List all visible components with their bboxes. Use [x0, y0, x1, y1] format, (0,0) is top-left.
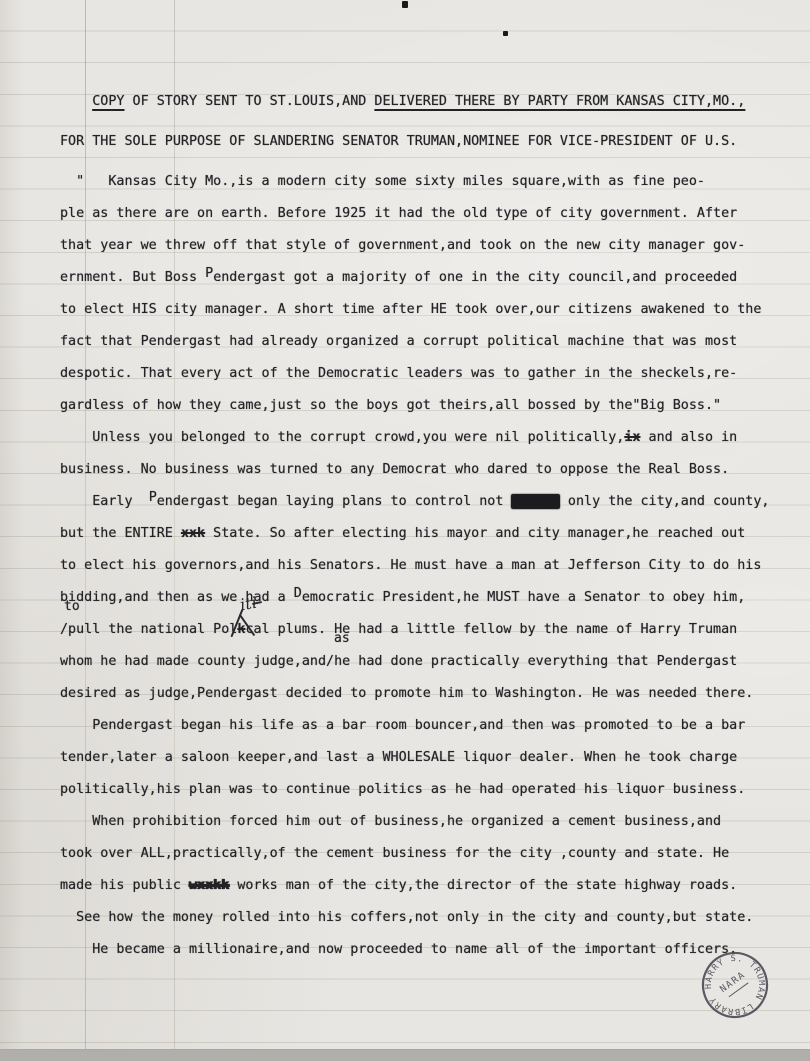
- text-run: took over ALL,practically,of the cement …: [60, 846, 729, 861]
- typed-line: When prohibition forced him out of busin…: [60, 806, 769, 838]
- text-run: tender,later a saloon keeper,and last a …: [60, 750, 737, 765]
- typed-line: took over ALL,practically,of the cement …: [60, 838, 769, 870]
- text-run: ernment. But Boss: [60, 270, 205, 285]
- typed-line: ernment. But Boss Pendergast got a major…: [60, 262, 769, 294]
- text-run: See how the money rolled into his coffer…: [60, 910, 753, 925]
- text-run: ple as there are on earth. Before 1925 i…: [60, 206, 737, 221]
- text-run: fact that Pendergast had already organiz…: [60, 334, 737, 349]
- text-run: Early: [60, 494, 149, 509]
- document-title: COPY OF STORY SENT TO ST.LOUIS,AND DELIV…: [60, 82, 745, 162]
- text-run: Unless you belonged to the corrupt crowd…: [60, 430, 624, 445]
- text-run: that year we threw off that style of gov…: [60, 238, 745, 253]
- typed-line: ple as there are on earth. Before 1925 i…: [60, 198, 769, 230]
- text-run: politically,his plan was to continue pol…: [60, 782, 745, 797]
- text-run: but the ENTIRE: [60, 526, 181, 541]
- typed-line: to elect his governors,and his Senators.…: [60, 550, 769, 582]
- text-run: emocratic President,he MUST have a Senat…: [302, 590, 745, 605]
- text-run: [60, 94, 92, 109]
- text-run: " Kansas City Mo.,is a modern city some …: [60, 174, 705, 189]
- typed-line: gardless of how they came,just so the bo…: [60, 390, 769, 422]
- text-run: State. So after electing his mayor and c…: [205, 526, 745, 541]
- typed-line: Early Pendergast began laying plans to c…: [60, 486, 769, 518]
- text-run: desired as judge,Pendergast decided to p…: [60, 686, 753, 701]
- typed-line: See how the money rolled into his coffer…: [60, 902, 769, 934]
- text-run: /pull the national Pol: [60, 622, 237, 637]
- redacted-text: xxxxxx: [511, 494, 559, 509]
- struck-out-text: ix: [624, 430, 640, 445]
- typed-line: " Kansas City Mo.,is a modern city some …: [60, 166, 769, 198]
- typed-line: /pull the national Polkcal plums. He had…: [60, 614, 769, 646]
- raised-letter: D: [294, 586, 302, 601]
- text-run: made his public: [60, 878, 189, 893]
- underlined-text: COPY: [92, 94, 124, 109]
- handwritten-correction: iti: [238, 593, 258, 615]
- text-run: despotic. That every act of the Democrat…: [60, 366, 737, 381]
- text-run: endergast began laying plans to control …: [157, 494, 512, 509]
- text-run: and also in: [640, 430, 737, 445]
- typed-line: despotic. That every act of the Democrat…: [60, 358, 769, 390]
- typed-line: made his public wxxkk works man of the c…: [60, 870, 769, 902]
- struck-out-text: wxxkk: [189, 878, 229, 893]
- document-body: " Kansas City Mo.,is a modern city some …: [60, 166, 769, 966]
- raised-letter: P: [149, 490, 157, 505]
- typed-line: bidding,and then as we had a Democratic …: [60, 582, 769, 614]
- text-run: FOR THE SOLE PURPOSE OF SLANDERING SENAT…: [60, 134, 737, 149]
- struck-out-text: xxk: [181, 526, 205, 541]
- text-run: cal plums. He had a little fellow by the…: [245, 622, 737, 637]
- typed-line: but the ENTIRE xxk State. So after elect…: [60, 518, 769, 550]
- typed-line: FOR THE SOLE PURPOSE OF SLANDERING SENAT…: [60, 122, 745, 162]
- text-run: OF STORY SENT TO ST.LOUIS,AND: [125, 94, 375, 109]
- text-run: endergast got a majority of one in the c…: [213, 270, 737, 285]
- scan-edge: [0, 1049, 810, 1061]
- typed-line: COPY OF STORY SENT TO ST.LOUIS,AND DELIV…: [60, 82, 745, 122]
- text-run: to elect HIS city manager. A short time …: [60, 302, 761, 317]
- typed-line: politically,his plan was to continue pol…: [60, 774, 769, 806]
- text-run: whom he had made county judge,and/he had…: [60, 654, 737, 669]
- stamp-center-text: NARA: [718, 969, 748, 995]
- text-run: He became a millionaire,and now proceede…: [60, 942, 737, 957]
- underlined-text: DELIVERED THERE BY PARTY FROM KANSAS CIT…: [374, 94, 745, 109]
- inserted-text-above: to: [64, 599, 80, 614]
- typed-line: to elect HIS city manager. A short time …: [60, 294, 769, 326]
- typed-line: business. No business was turned to any …: [60, 454, 769, 486]
- typed-line: tender,later a saloon keeper,and last a …: [60, 742, 769, 774]
- ink-dot: [503, 31, 508, 36]
- document-page: { "page": { "paper_color": "#e8e6e2", "i…: [0, 0, 810, 1061]
- typed-line: He became a millionaire,and now proceede…: [60, 934, 769, 966]
- text-run: only the city,and county,: [560, 494, 770, 509]
- inserted-text-above: as: [334, 631, 350, 646]
- raised-letter: P: [205, 266, 213, 281]
- text-run: When prohibition forced him out of busin…: [60, 814, 721, 829]
- ink-dot: [402, 1, 408, 8]
- typed-line: that year we threw off that style of gov…: [60, 230, 769, 262]
- text-run: Pendergast began his life as a bar room …: [60, 718, 745, 733]
- typed-line: Pendergast began his life as a bar room …: [60, 710, 769, 742]
- typed-line: desired as judge,Pendergast decided to p…: [60, 678, 769, 710]
- typed-line: Unless you belonged to the corrupt crowd…: [60, 422, 769, 454]
- text-run: to elect his governors,and his Senators.…: [60, 558, 761, 573]
- typed-line: whom he had made county judge,and/he had…: [60, 646, 769, 678]
- text-run: gardless of how they came,just so the bo…: [60, 398, 721, 413]
- text-run: works man of the city,the director of th…: [229, 878, 737, 893]
- typed-line: fact that Pendergast had already organiz…: [60, 326, 769, 358]
- text-run: business. No business was turned to any …: [60, 462, 729, 477]
